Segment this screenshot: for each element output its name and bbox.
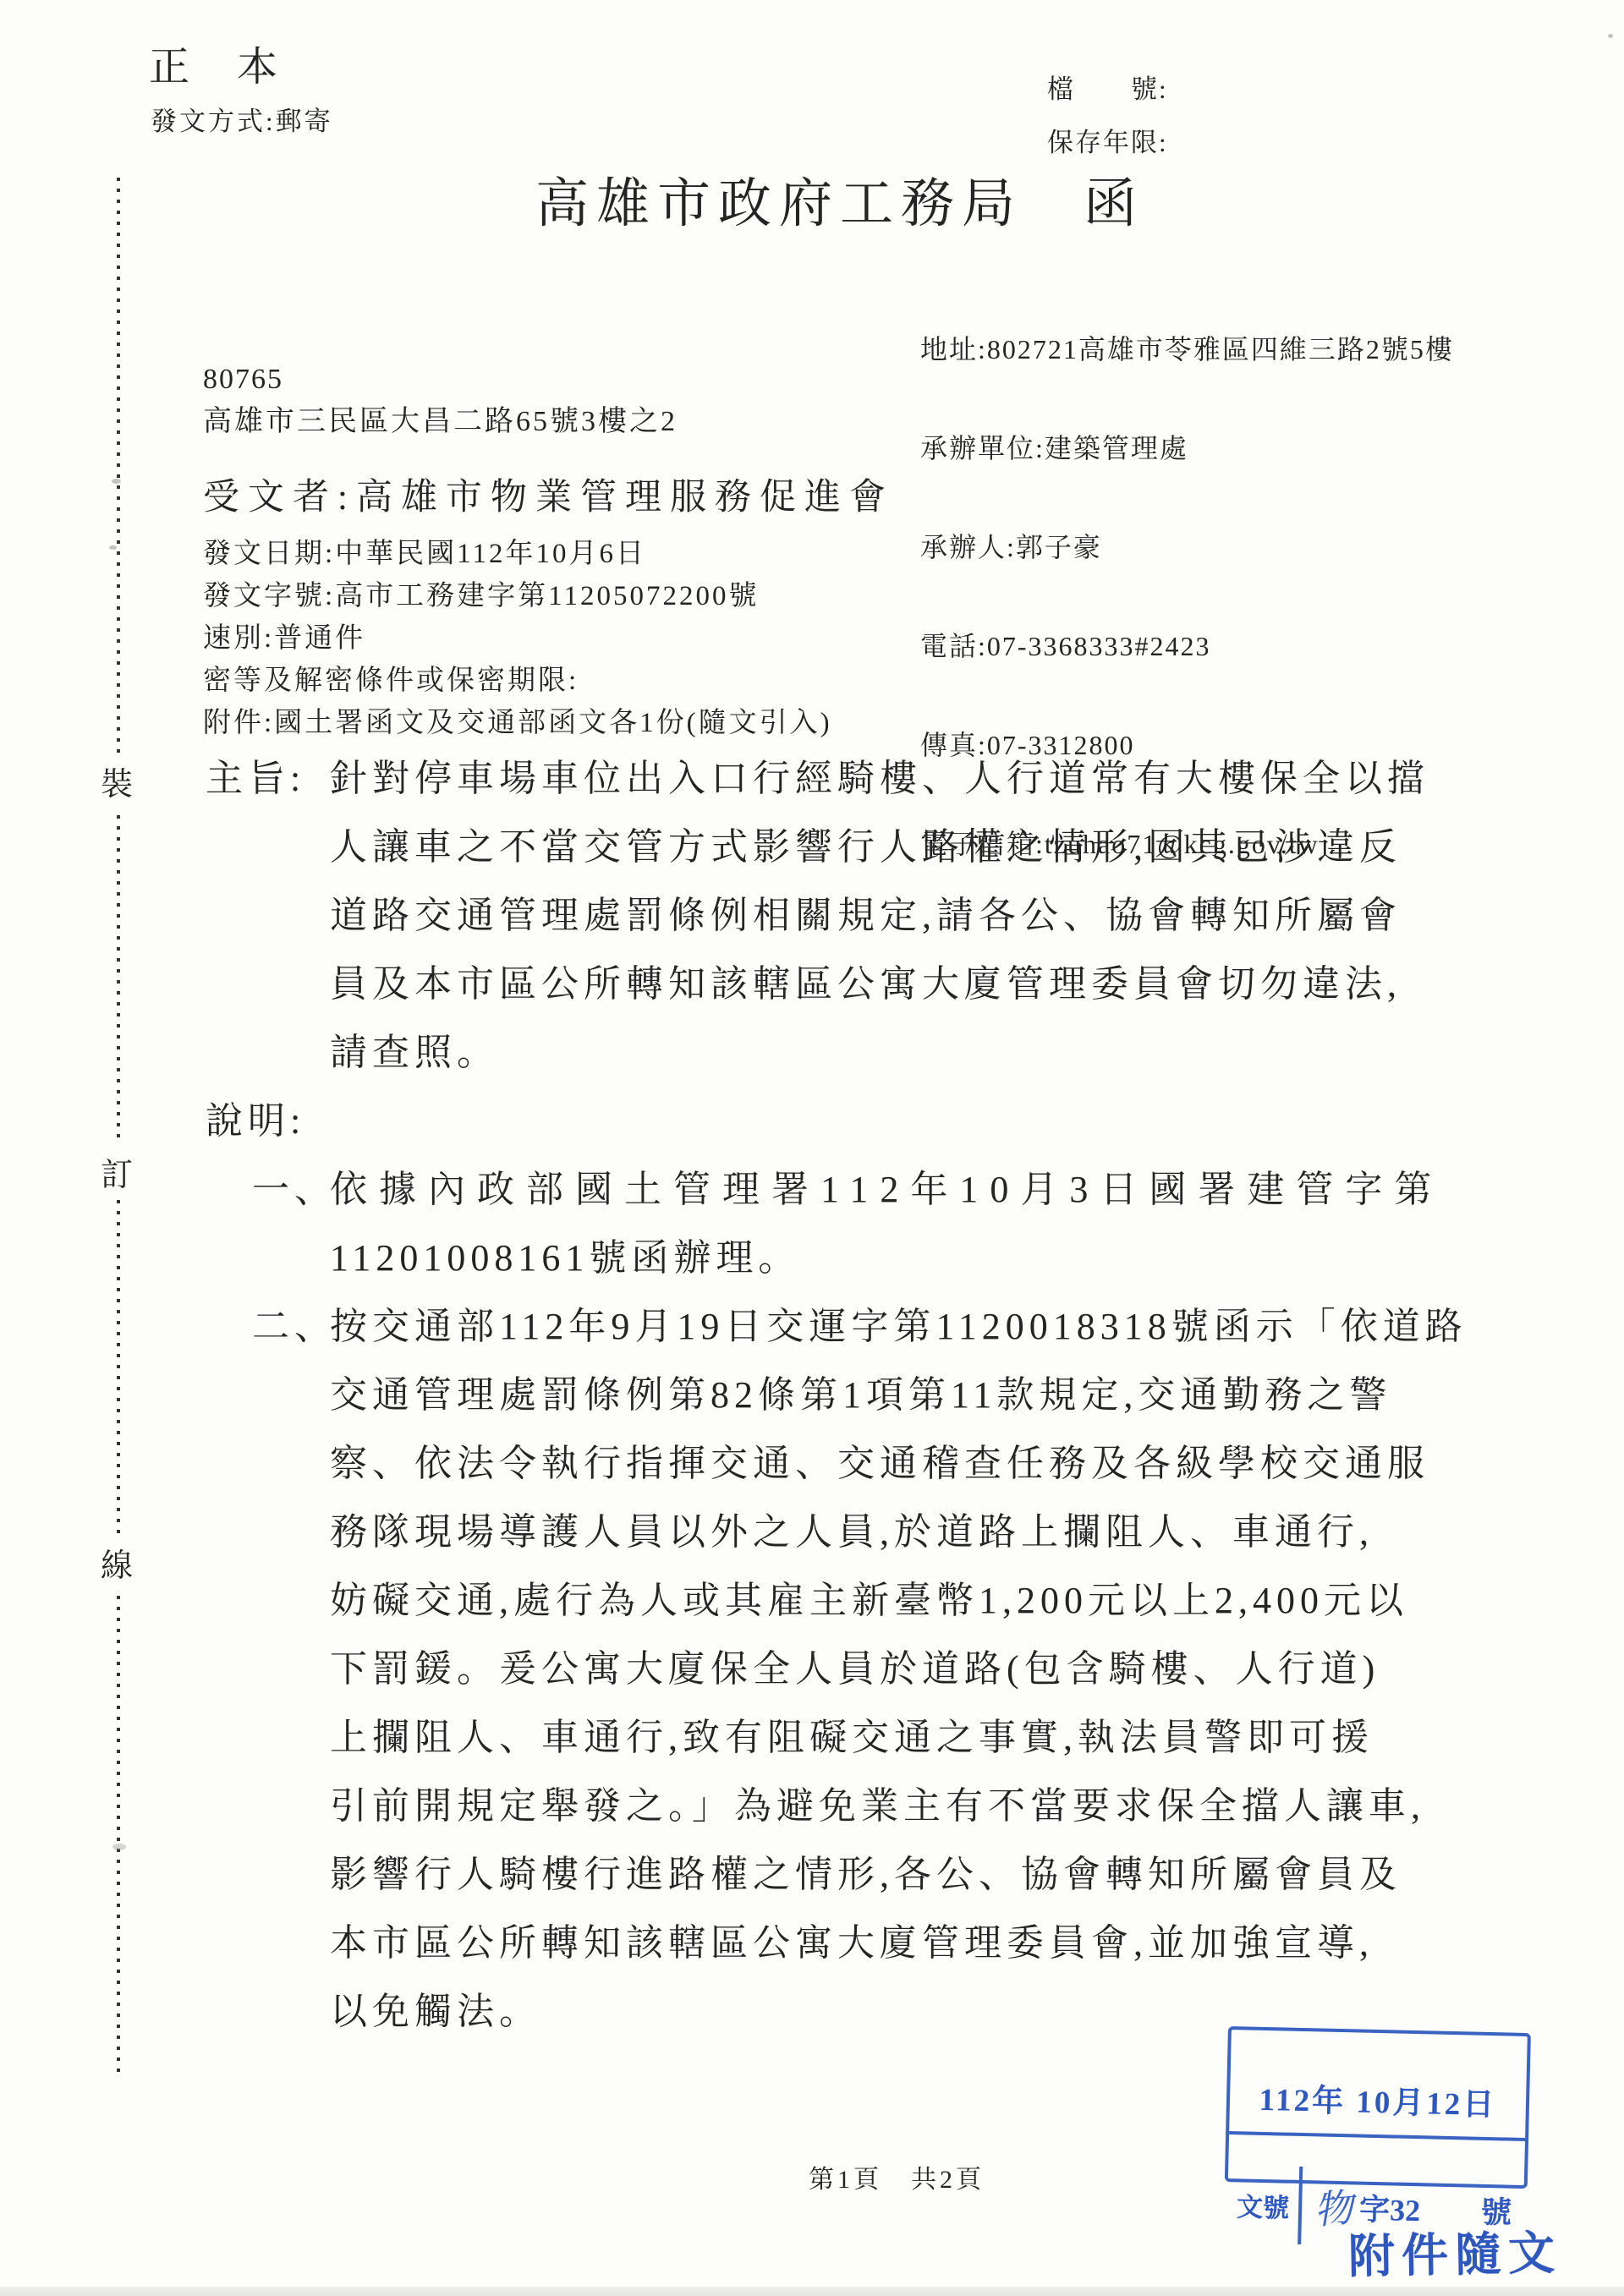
subject-line: 請查照。 — [330, 1022, 499, 1076]
item-2-line: 以免觸法。 — [330, 1981, 541, 2035]
document-title: 高雄市政府工務局 函 — [535, 161, 1144, 238]
item-2-line: 影響行人騎樓行進路權之情形,各公、協會轉知所屬會員及 — [330, 1844, 1402, 1898]
binding-dotted-line — [117, 178, 120, 2072]
binding-mark-xian: 線 — [101, 1534, 133, 1591]
subject-line: 員及本市區公所轉知該轄區公寓大廈管理委員會切勿違法, — [330, 953, 1402, 1007]
retention-period-label: 保存年限: — [1047, 121, 1168, 159]
subject-line: 人讓車之不當交管方式影響行人路權之情形,因其已涉違反 — [330, 816, 1402, 870]
receipt-date-stamp: 112年 10月12日 文號 物 字32 號 — [1225, 2026, 1531, 2189]
stamp-doc-number-label: 文號 — [1226, 2165, 1303, 2244]
item-2-line: 上攔阻人、車通行,致有阻礙交通之事實,執法員警即可援 — [330, 1707, 1374, 1761]
doc-number: 發文字號:高市工務建字第11205072200號 — [203, 573, 759, 613]
item-1-number: 一、 — [252, 1159, 337, 1213]
item-2-line: 察、依法令執行指揮交通、交通稽查任務及各級學校交通服 — [330, 1433, 1429, 1487]
scan-speck — [109, 545, 117, 550]
item-2-number: 二、 — [252, 1296, 337, 1350]
item-2-line: 引前開規定舉發之。」為避免業主有不當要求保全擋人讓車, — [330, 1775, 1425, 1829]
issue-date: 發文日期:中華民國112年10月6日 — [203, 531, 646, 571]
recipient-line: 受文者:高雄市物業管理服務促進會 — [203, 469, 894, 520]
item-2-line: 下罰鍰。爰公寓大廈保全人員於道路(包含騎樓、人行道) — [330, 1638, 1380, 1692]
copy-type-label: 正 本 — [149, 34, 281, 92]
sender-phone: 電話:07-3368333#2423 — [920, 630, 1454, 663]
sender-unit: 承辦單位:建築管理處 — [920, 432, 1454, 465]
explanation-label: 說明: — [206, 1090, 305, 1144]
sender-person: 承辦人:郭子豪 — [920, 531, 1454, 564]
sender-address: 地址:802721高雄市苓雅區四維三路2號5樓 — [920, 333, 1454, 366]
scan-bottom-edge — [0, 2287, 1624, 2296]
speed-level: 速別:普通件 — [203, 616, 365, 655]
scan-speck — [1608, 34, 1613, 38]
stamp-date: 112年 10月12日 — [1229, 2060, 1527, 2141]
document-page: 正 本 發文方式:郵寄 檔 號: 保存年限: 高雄市政府工務局 函 地址:802… — [0, 0, 1624, 2296]
subject-line: 道路交通管理處罰條例相關規定,請各公、協會轉知所屬會 — [330, 885, 1402, 939]
item-2-line: 按交通部112年9月19日交運字第1120018318號函示「依道路 — [330, 1296, 1468, 1350]
page-footer: 第1頁 共2頁 — [809, 2158, 985, 2195]
recipient-postal-code: 80765 — [203, 364, 283, 396]
item-2-line: 妨礙交通,處行為人或其雇主新臺幣1,200元以上2,400元以 — [330, 1570, 1408, 1624]
scan-speck — [112, 1844, 126, 1850]
recipient-address: 高雄市三民區大昌二路65號3樓之2 — [203, 397, 678, 439]
attachment-follow-stamp: 附件隨文 — [1347, 2216, 1561, 2286]
binding-mark-ding: 訂 — [101, 1143, 133, 1200]
item-2-line: 務隊現場導護人員以外之人員,於道路上攔阻人、車通行, — [330, 1501, 1374, 1555]
delivery-method-label: 發文方式:郵寄 — [151, 100, 333, 138]
subject-label: 主旨: — [206, 748, 305, 802]
subject-line: 針對停車場車位出入口行經騎樓、人行道常有大樓保全以擋 — [330, 748, 1429, 802]
file-number-label: 檔 號: — [1047, 68, 1168, 106]
item-1-line: 依據內政部國土管理署112年10月3日國署建管字第 — [330, 1159, 1443, 1213]
security-level: 密等及解密條件或保密期限: — [203, 658, 579, 698]
item-2-line: 交通管理處罰條例第82條第1項第11款規定,交通勤務之警 — [330, 1364, 1391, 1418]
attachment-line: 附件:國土署函文及交通部函文各1份(隨文引入) — [203, 700, 832, 740]
item-2-line: 本市區公所轉知該轄區公寓大廈管理委員會,並加強宣導, — [330, 1912, 1374, 1966]
scan-speck — [112, 479, 121, 484]
binding-mark-zhuang: 裝 — [101, 753, 133, 809]
item-1-line: 11201008161號函辦理。 — [330, 1227, 800, 1281]
